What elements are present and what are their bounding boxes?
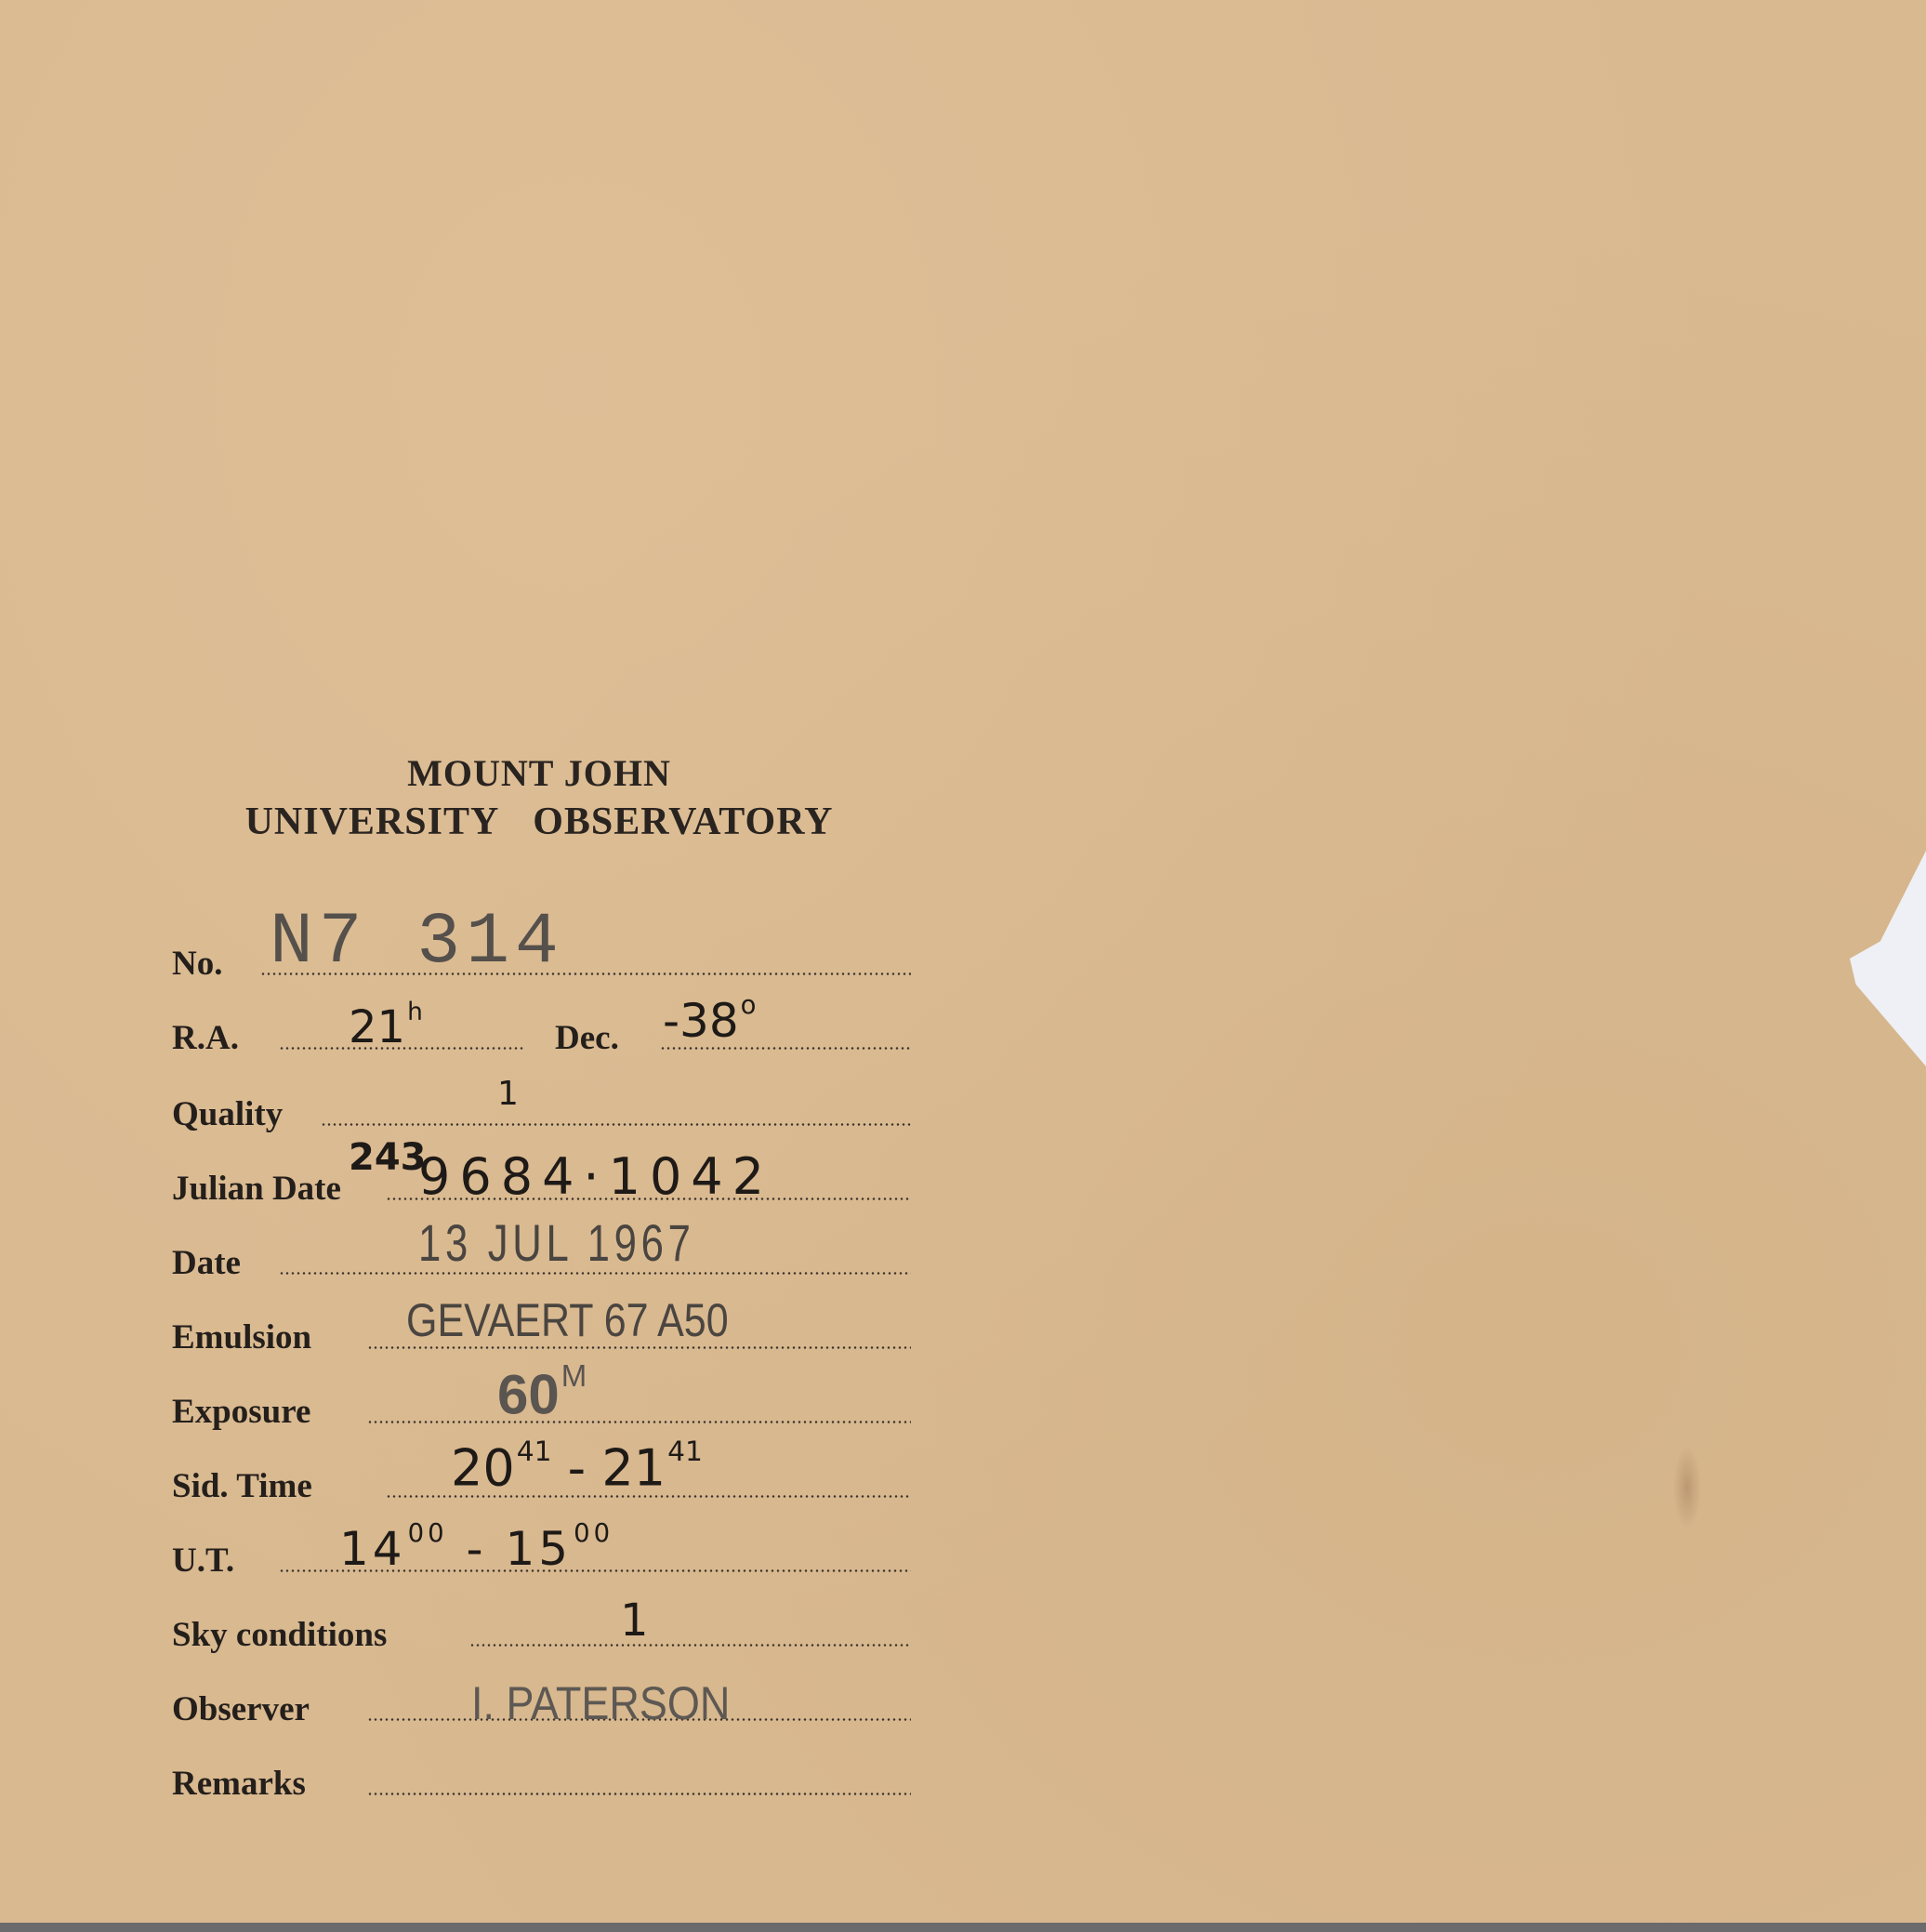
field-row-julian-date: Julian Date 243 9684·1042 <box>172 1150 911 1206</box>
field-row-exposure: Exposure 60M <box>172 1373 911 1429</box>
emulsion-value: GEVAERT 67 A50 <box>406 1297 729 1343</box>
dotted-line <box>321 1123 911 1126</box>
field-row-remarks: Remarks <box>172 1745 911 1801</box>
ra-label: R.A. <box>172 1021 239 1055</box>
observer-value: I. PATERSON <box>471 1680 730 1727</box>
field-row-number: No. N7 314 <box>172 925 911 981</box>
emulsion-label: Emulsion <box>172 1320 311 1355</box>
ut-end-min: 00 <box>574 1518 613 1548</box>
date-label: Date <box>172 1246 241 1280</box>
scan-background-strip <box>0 1923 1926 1932</box>
ut-separator: - <box>467 1522 487 1576</box>
sidereal-end: 21 <box>601 1439 666 1498</box>
ink-smudge <box>1673 1446 1701 1529</box>
field-row-sidereal-time: Sid. Time 2041 - 2141 <box>172 1448 911 1503</box>
ut-start: 14 <box>339 1522 406 1576</box>
ut-label: U.T. <box>172 1543 234 1578</box>
plate-envelope: MOUNT JOHN UNIVERSITY OBSERVATORY No. N7… <box>0 0 1926 1925</box>
ut-end: 15 <box>505 1522 572 1576</box>
julian-date-prefix: 243 <box>349 1139 427 1176</box>
ra-unit: h <box>407 998 423 1026</box>
number-label: No. <box>172 946 222 981</box>
sidereal-end-min: 41 <box>667 1436 703 1468</box>
field-row-observer: Observer I. PATERSON <box>172 1671 911 1727</box>
ut-start-min: 00 <box>408 1518 448 1548</box>
sky-conditions-value: 1 <box>620 1598 649 1643</box>
field-row-coordinates: R.A. 21h Dec. -38o <box>172 999 911 1055</box>
dec-unit: o <box>741 990 757 1020</box>
exposure-minutes: 60 <box>497 1364 560 1426</box>
exposure-label: Exposure <box>172 1395 310 1429</box>
quality-label: Quality <box>172 1097 283 1131</box>
field-row-sky-conditions: Sky conditions 1 <box>172 1596 911 1652</box>
plate-number-value: N7 314 <box>270 906 564 979</box>
remarks-label: Remarks <box>172 1767 306 1801</box>
dec-label: Dec. <box>555 1021 619 1055</box>
sidereal-separator: - <box>568 1439 587 1498</box>
dec-degrees: -38 <box>663 994 739 1048</box>
dotted-line <box>279 1272 911 1275</box>
exposure-value: 60M <box>497 1360 587 1423</box>
sidereal-start: 20 <box>451 1439 515 1498</box>
observer-label: Observer <box>172 1692 310 1727</box>
ra-value: 21h <box>349 1000 423 1050</box>
dotted-line <box>469 1644 911 1647</box>
exposure-unit: M <box>561 1358 587 1393</box>
field-row-date: Date 13 JUL 1967 <box>172 1224 911 1280</box>
sidereal-start-min: 41 <box>517 1436 552 1468</box>
julian-date-label: Julian Date <box>172 1171 341 1206</box>
field-row-quality: Quality 1 <box>172 1076 911 1131</box>
dotted-line <box>367 1346 911 1349</box>
ut-value: 1400 - 1500 <box>339 1521 613 1572</box>
sidereal-time-value: 2041 - 2141 <box>451 1438 703 1494</box>
ra-hours: 21 <box>349 1001 405 1053</box>
date-value: 13 JUL 1967 <box>418 1217 695 1269</box>
field-row-universal-time: U.T. 1400 - 1500 <box>172 1522 911 1578</box>
dotted-line <box>367 1793 911 1795</box>
julian-date-value: 9684·1042 <box>418 1152 773 1202</box>
dec-value: -38o <box>663 993 757 1044</box>
sky-conditions-label: Sky conditions <box>172 1618 387 1652</box>
observatory-name-line1: MOUNT JOHN <box>139 751 939 795</box>
quality-value: 1 <box>497 1078 519 1111</box>
field-row-emulsion: Emulsion GEVAERT 67 A50 <box>172 1299 911 1355</box>
sidereal-time-label: Sid. Time <box>172 1469 312 1503</box>
dotted-line <box>367 1421 911 1423</box>
observatory-name-line2: UNIVERSITY OBSERVATORY <box>139 800 939 844</box>
